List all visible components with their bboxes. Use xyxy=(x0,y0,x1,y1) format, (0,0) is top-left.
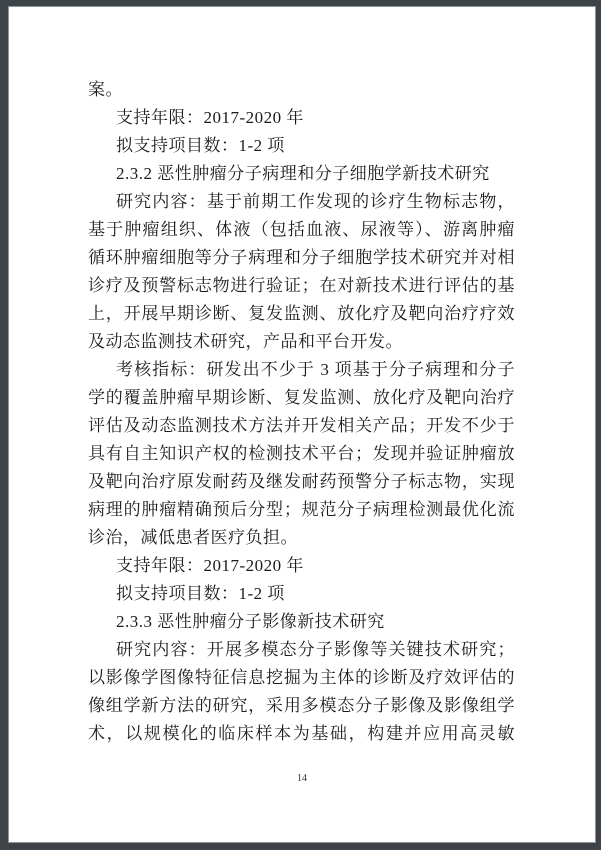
text-line: 循环肿瘤细胞等分子病理和分子细胞学技术研究并对相关 xyxy=(88,244,515,272)
text-block: 案。 支持年限：2017-2020 年 拟支持项目数：1-2 项 2.3.2 恶… xyxy=(88,76,515,748)
text-line: 研究内容：基于前期工作发现的诊疗生物标志物，开展 xyxy=(88,188,515,216)
section-heading: 2.3.3 恶性肿瘤分子影像新技术研究 xyxy=(88,608,515,636)
text-line: 具有自主知识产权的检测技术平台；发现并验证肿瘤放化疗 xyxy=(88,440,515,468)
text-line: 上，开展早期诊断、复发监测、放化疗及靶向治疗疗效评估 xyxy=(88,300,515,328)
text-line: 案。 xyxy=(88,76,515,104)
text-line: 支持年限：2017-2020 年 xyxy=(88,552,515,580)
text-line: 及靶向治疗原发耐药及继发耐药预警分子标志物，实现结合 xyxy=(88,468,515,496)
text-line: 学的覆盖肿瘤早期诊断、复发监测、放化疗及靶向治疗疗效 xyxy=(88,384,515,412)
section-heading: 2.3.2 恶性肿瘤分子病理和分子细胞学新技术研究 xyxy=(88,160,515,188)
text-line: 及动态监测技术研究，产品和平台开发。 xyxy=(88,328,515,356)
text-line: 考核指标：研发出不少于 3 项基于分子病理和分子细胞 xyxy=(88,356,515,384)
text-line: 病理的肿瘤精确预后分型；规范分子病理检测最优化流程及 xyxy=(88,496,515,524)
page-number: 14 xyxy=(9,773,595,785)
text-line: 术，以规模化的临床样本为基础，构建并应用高灵敏度、高 xyxy=(88,720,515,748)
text-line: 研究内容：开展多模态分子影像等关键技术研究；开展 xyxy=(88,636,515,664)
text-line: 基于肿瘤组织、体液（包括血液、尿液等）、游离肿瘤 DNA、 xyxy=(88,216,515,244)
document-page: 案。 支持年限：2017-2020 年 拟支持项目数：1-2 项 2.3.2 恶… xyxy=(8,6,596,843)
text-line: 诊疗及预警标志物进行验证；在对新技术进行评估的基础 xyxy=(88,272,515,300)
text-line: 以影像学图像特征信息挖掘为主体的诊断及疗效评估的影 xyxy=(88,664,515,692)
text-line: 拟支持项目数：1-2 项 xyxy=(88,580,515,608)
text-line: 诊治，减低患者医疗负担。 xyxy=(88,524,515,552)
text-line: 支持年限：2017-2020 年 xyxy=(88,104,515,132)
text-line: 评估及动态监测技术方法并开发相关产品；开发不少于 2 项 xyxy=(88,412,515,440)
text-line: 像组学新方法的研究，采用多模态分子影像及影像组学技 xyxy=(88,692,515,720)
viewer-frame: 案。 支持年限：2017-2020 年 拟支持项目数：1-2 项 2.3.2 恶… xyxy=(0,0,601,850)
text-line: 拟支持项目数：1-2 项 xyxy=(88,132,515,160)
